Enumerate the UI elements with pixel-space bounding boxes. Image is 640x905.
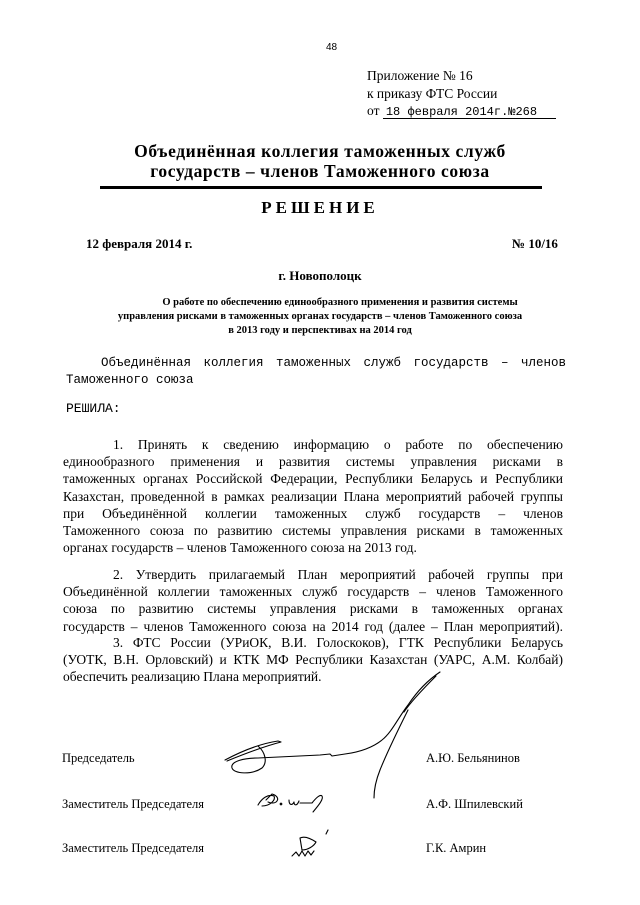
appendix-line-2: к приказу ФТС России [367, 85, 556, 103]
item-line: обеспечить реализацию Плана мероприятий. [63, 668, 563, 685]
signature-deputy-shpilevsky-icon [258, 794, 322, 812]
signature-name-chairman: А.Ю. Бельянинов [426, 751, 520, 766]
appendix-line-3: от 18 февраля 2014г.№268 [367, 102, 556, 120]
item-line: 2. Утвердить прилагаемый План мероприяти… [63, 566, 563, 583]
subject-line-1: О работе по обеспечению единообразного п… [60, 296, 580, 310]
document-date: 12 февраля 2014 г. [86, 236, 192, 252]
organization-title-line-1: Объединённая коллегия таможенных служб [60, 141, 580, 161]
appendix-line-1: Приложение № 16 [367, 67, 556, 85]
subject-line-3: в 2013 году и перспективах на 2014 год [60, 324, 580, 338]
item-line: единообразного применения и развития сис… [63, 453, 563, 470]
item-line: союза по развитию системы управления рис… [63, 600, 563, 617]
decision-item-2: 2. Утвердить прилагаемый План мероприяти… [63, 566, 563, 635]
appendix-reference: Приложение № 16 к приказу ФТС России от … [367, 67, 556, 120]
decision-item-1: 1. Принять к сведению информацию о работ… [63, 436, 563, 556]
document-city: г. Новополоцк [60, 268, 580, 284]
organization-title: Объединённая коллегия таможенных служб г… [60, 141, 580, 181]
item-line: Казахстан, проведенной в рамках реализац… [63, 488, 563, 505]
item-line: при Объединённой коллегии таможенных слу… [63, 505, 563, 522]
signature-name-deputy-1: А.Ф. Шпилевский [426, 797, 523, 812]
item-line: таможенных органах Российской Федерации,… [63, 470, 563, 487]
decision-item-3: 3. ФТС России (УРиОК, В.И. Голоскоков), … [63, 634, 563, 686]
document-type-title: РЕШЕНИЕ [60, 198, 580, 218]
item-line: Таможенного союза по развитию системы уп… [63, 522, 563, 539]
document-subject: О работе по обеспечению единообразного п… [60, 296, 580, 338]
item-line: Объединённой коллегии таможенных служб г… [63, 583, 563, 600]
item-line: 1. Принять к сведению информацию о работ… [63, 436, 563, 453]
signature-chairman-icon [225, 672, 440, 798]
item-line: 3. ФТС России (УРиОК, В.И. Голоскоков), … [63, 634, 563, 651]
signature-deputy-amrin-icon [292, 830, 328, 856]
signature-role-deputy-1: Заместитель Председателя [62, 797, 204, 812]
appendix-order-date-number: 18 февраля 2014г.№268 [383, 106, 556, 119]
header-divider [100, 186, 542, 189]
document-number: № 10/16 [512, 236, 558, 252]
appendix-prefix: от [367, 103, 379, 118]
item-line: (УОТК, В.Н. Орловский) и КТК МФ Республи… [63, 651, 563, 668]
resolved-label: РЕШИЛА: [66, 401, 121, 416]
item-line: государств – членов Таможенного союза на… [63, 618, 563, 635]
signature-role-deputy-2: Заместитель Председателя [62, 841, 204, 856]
subject-line-2: управления рисками в таможенных органах … [60, 310, 580, 324]
signature-role-chairman: Председатель [62, 751, 135, 766]
item-line: органах государств – членов Таможенного … [63, 539, 563, 556]
signature-name-deputy-2: Г.К. Амрин [426, 841, 486, 856]
organization-title-line-2: государств – членов Таможенного союза [60, 161, 580, 181]
page-number: 48 [326, 42, 337, 53]
intro-paragraph: Объединённая коллегия таможенных служб г… [66, 355, 566, 389]
